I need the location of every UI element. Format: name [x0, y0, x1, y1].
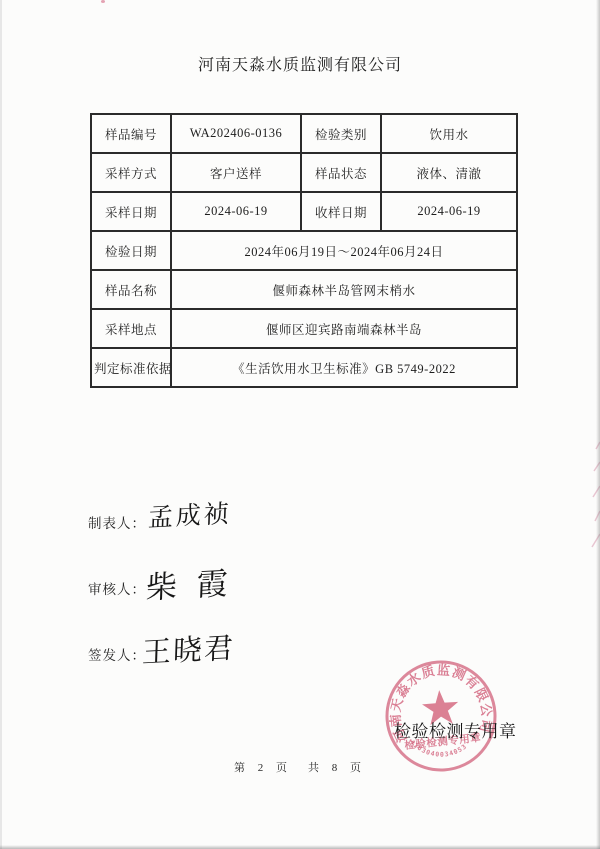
scan-edge-bottom [0, 845, 600, 849]
sampling-date-label: 采样日期 [91, 192, 171, 231]
issuer-signature: 王晓君 [141, 626, 235, 672]
sampling-date-value: 2024-06-19 [171, 192, 301, 231]
reviewer-signature: 柴 霞 [145, 558, 234, 608]
sampling-method-value: 客户送样 [171, 153, 301, 192]
inspection-category-value: 饮用水 [381, 114, 517, 153]
inspection-date-label: 检验日期 [91, 231, 171, 270]
ink-speck [101, 0, 105, 3]
company-title: 河南天淼水质监测有限公司 [0, 52, 600, 75]
scanned-report-page: 河南天淼水质监测有限公司 样品编号 WA202406-0136 检验类别 饮用水… [0, 0, 600, 849]
inspection-date-value: 2024年06月19日～2024年06月24日 [171, 231, 517, 270]
stamp-overlay-title: 检验检测专用章 [394, 717, 517, 742]
table-row-inspection-date: 检验日期 2024年06月19日～2024年06月24日 [91, 231, 517, 270]
judgment-standard-label: 判定标准依据 [91, 348, 171, 387]
sample-no-label: 样品编号 [91, 114, 171, 153]
page-number-footer: 第 2 页 共 8 页 [0, 759, 600, 775]
table-row-sample-no: 样品编号 WA202406-0136 检验类别 饮用水 [91, 114, 517, 153]
reviewer-row: 审核人： [88, 578, 146, 599]
preparer-row: 制表人： [88, 512, 146, 533]
sample-no-value: WA202406-0136 [171, 114, 301, 153]
table-row-sampling-method: 采样方式 客户送样 样品状态 液体、清澈 [91, 153, 517, 192]
reviewer-label: 审核人： [88, 582, 146, 597]
table-row-judgment-standard: 判定标准依据 《生活饮用水卫生标准》GB 5749-2022 [91, 348, 517, 387]
sample-name-value: 偃师森林半岛管网末梢水 [171, 270, 517, 309]
sample-info-table: 样品编号 WA202406-0136 检验类别 饮用水 采样方式 客户送样 样品… [90, 113, 518, 388]
table-row-sample-name: 样品名称 偃师森林半岛管网末梢水 [91, 270, 517, 309]
preparer-label: 制表人： [88, 516, 146, 531]
scan-edge-right [596, 0, 600, 849]
preparer-signature: 孟成祯 [147, 494, 232, 535]
issuer-row: 签发人： [88, 644, 146, 665]
sample-state-label: 样品状态 [301, 153, 381, 192]
receipt-date-label: 收样日期 [301, 192, 381, 231]
table-row-sampling-location: 采样地点 偃师区迎宾路南端森林半岛 [91, 309, 517, 348]
issuer-label: 签发人： [88, 648, 146, 663]
sampling-location-value: 偃师区迎宾路南端森林半岛 [171, 309, 517, 348]
receipt-date-value: 2024-06-19 [381, 192, 517, 231]
sample-name-label: 样品名称 [91, 270, 171, 309]
sample-state-value: 液体、清澈 [381, 153, 517, 192]
table-row-sampling-date: 采样日期 2024-06-19 收样日期 2024-06-19 [91, 192, 517, 231]
sampling-location-label: 采样地点 [91, 309, 171, 348]
scan-edge-left [0, 0, 2, 849]
sampling-method-label: 采样方式 [91, 153, 171, 192]
inspection-category-label: 检验类别 [301, 114, 381, 153]
judgment-standard-value: 《生活饮用水卫生标准》GB 5749-2022 [171, 348, 517, 387]
